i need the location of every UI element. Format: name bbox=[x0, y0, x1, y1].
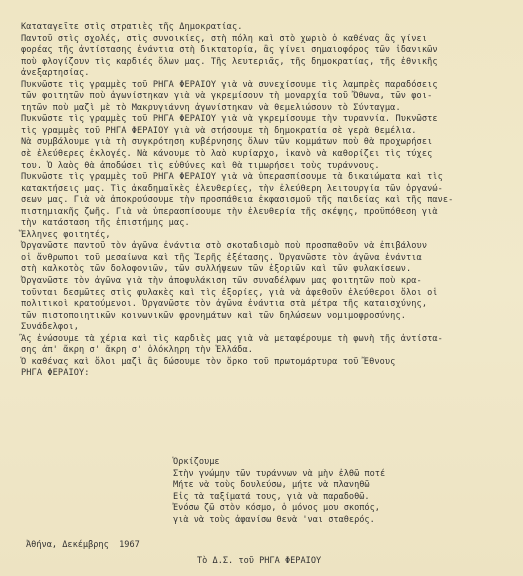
text-line: του. Ὁ λαὸς θὰ ἀποδώσει τὶς εὐθύνες καὶ … bbox=[21, 161, 516, 173]
text-line: τῶν φοιτητῶν ποὺ ἀγωνίστηκαν γιὰ νὰ γκρε… bbox=[21, 91, 516, 103]
oath-poem: ὉρκίζουμεΣτὴν γνώμην τῶν τυράννων νὰ μὴν… bbox=[173, 457, 385, 526]
text-line: Παντοῦ στὶς σχολές, στὶς συνοικίες, στὴ … bbox=[21, 34, 516, 46]
text-line: οἱ ἄνθρωποι τοῦ μεσαίωνα καὶ τῆς Ἱερῆς ἐ… bbox=[21, 253, 516, 265]
text-line: Πυκνῶστε τὶς γραμμὲς τοῦ ΡΗΓΑ ΦΕΡΑΙΟΥ γι… bbox=[21, 80, 516, 92]
text-line: φορέας τῆς ἀντίστασης ἐνάντια στὴ δικτατ… bbox=[21, 45, 516, 57]
text-line: Νὰ συμβάλουμε γιὰ τὴ συγκρότηση κυβέρνησ… bbox=[21, 137, 516, 149]
poem-line: γιὰ νὰ τοὺς ἀφανίσω θενὰ 'ναι σταθερός. bbox=[173, 515, 385, 527]
text-line: Ὀργανῶστε τὸν ἀγῶνα γιὰ τὴν ἀποφυλάκιση … bbox=[21, 276, 516, 288]
text-line: ποὺ φλογίζουν τὶς καρδιές ὅλων μας. Τῆς … bbox=[21, 57, 516, 69]
text-line: Ὁ καθένας καὶ ὅλοι μαζὶ ἂς δώσουμε τὸν ὅ… bbox=[21, 357, 516, 369]
text-line: τὶς γραμμὲς τοῦ ΡΗΓΑ ΦΕΡΑΙΟΥ γιὰ νὰ στήσ… bbox=[21, 126, 516, 138]
text-line: στὴ καλκοτὸς τῶν δολοφονιῶν, τῶν συλλήψε… bbox=[21, 264, 516, 276]
text-line: Πυκνῶστε τὶς γραμμὲς τοῦ ΡΗΓΑ ΦΕΡΑΙΟΥ γι… bbox=[21, 172, 516, 184]
text-line: σεων μας. Γιὰ νὰ ἀποκρούσουμε τὴν προσπά… bbox=[21, 195, 516, 207]
text-line: τῶν πιστοποιητικῶν κοινωνικῶν φρονημάτων… bbox=[21, 311, 516, 323]
document-date: Ἀθήνα, Δεκέμβρης 1967 bbox=[26, 540, 140, 550]
text-line: ἀνεξαρτησίας. bbox=[21, 68, 516, 80]
text-line: τὴν κατάσταση τῆς ἐπιστήμης μας. bbox=[21, 218, 516, 230]
text-line: τητῶν ποὺ μαζὶ μὲ τὸ Μακρυγιάννη ἀγωνίστ… bbox=[21, 103, 516, 115]
poem-line: Μήτε νὰ τοὺς δουλεύσω, μήτε νὰ πλανηθῶ bbox=[173, 480, 385, 492]
text-line: πολιτικοὶ κρατούμενοι. Ὀργανῶστε τὸν ἀγῶ… bbox=[21, 299, 516, 311]
poem-line: Ὁρκίζουμε bbox=[173, 457, 385, 469]
poem-line: Εἰς τὰ ταξίματά τους, γιὰ νὰ παραδοθῶ. bbox=[173, 492, 385, 504]
text-line: σὲ ἐλεύθερες ἐκλογές. Νὰ κάνουμε τὸ λαὸ … bbox=[21, 149, 516, 161]
text-line: Ὀργανῶστε παντοῦ τὸν ἀγῶνα ἐνάντια στὸ σ… bbox=[21, 241, 516, 253]
poem-line: Ἐνόσω ζῶ στὸν κόσμο, ὁ μόνος μου σκοπός, bbox=[173, 503, 385, 515]
text-line: Ἂς ἑνώσουμε τὰ χέρια καὶ τὶς καρδιὲς μας… bbox=[21, 334, 516, 346]
text-line: Συνάδελφοι, bbox=[21, 322, 516, 334]
text-line: τοῦνται δεσμῶτες στὶς φυλακὲς καὶ τὶς ἐξ… bbox=[21, 288, 516, 300]
text-line: κατακτήσεις μας. Τὶς ἀκαδημαϊκὲς ἐλευθερ… bbox=[21, 184, 516, 196]
poem-line: Στὴν γνώμην τῶν τυράννων νὰ μὴν ἐλθῶ ποτ… bbox=[173, 469, 385, 481]
text-line: Πυκνῶστε τὶς γραμμὲς τοῦ ΡΗΓΑ ΦΕΡΑΙΟΥ γι… bbox=[21, 114, 516, 126]
text-line: σης ἀπ' ἄκρη σ' ἄκρη σ' ὁλόκληρη τὴν Ἑλλ… bbox=[21, 345, 516, 357]
text-line: πιστημιακῆς ζωῆς. Γιὰ νὰ ὑπερασπίσουμε τ… bbox=[21, 207, 516, 219]
document-signature: Τὸ Δ.Σ. τοῦ ΡΗΓΑ ΦΕΡΑΙΟΥ bbox=[197, 556, 321, 566]
document-page: Καταταγεῖτε στὶς στρατιὲς τῆς Δημοκρατία… bbox=[0, 0, 523, 576]
document-body: Καταταγεῖτε στὶς στρατιὲς τῆς Δημοκρατία… bbox=[21, 22, 516, 380]
text-line: Καταταγεῖτε στὶς στρατιὲς τῆς Δημοκρατία… bbox=[21, 22, 516, 34]
text-line: Ἕλληνες φοιτητές, bbox=[21, 230, 516, 242]
text-line: ΡΗΓΑ ΦΕΡΑΙΟΥ: bbox=[21, 368, 516, 380]
